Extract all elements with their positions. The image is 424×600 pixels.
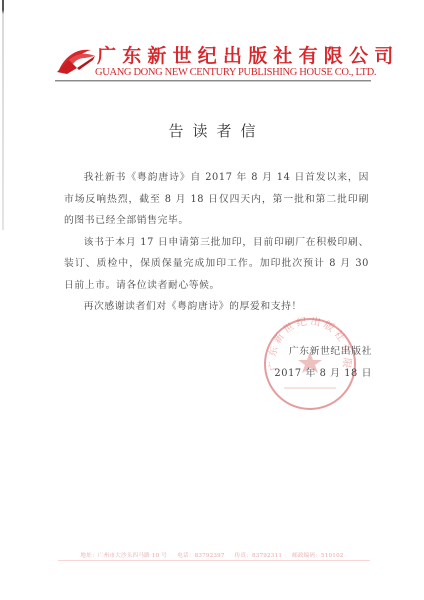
letterhead: 广东新世纪出版社有限公司 GUANG DONG NEW CENTURY PUBL…	[0, 0, 424, 90]
signature-organization: 广东新世纪出版社	[262, 341, 372, 363]
footer-divider	[58, 560, 370, 561]
red-book-logo-icon	[55, 44, 97, 74]
footer-postcode: 邮政编码：510102	[292, 553, 344, 559]
footer-phone: 电话：83792397	[177, 553, 224, 559]
letter-title: 告读者信	[0, 120, 424, 141]
footer-address: 地址：广州市大沙头四马路 10 号	[80, 553, 167, 559]
letter-body: 我社新书《粤韵唐诗》自 2017 年 8 月 14 日首发以来，因市场反响热烈，…	[64, 167, 369, 318]
signature-block: 广东新世纪出版社 2017 年 8 月 18 日	[262, 341, 372, 385]
footer-contact: 地址：广州市大沙头四马路 10 号 电话：83792397 传真：8379231…	[0, 551, 424, 559]
paragraph-sold-out: 我社新书《粤韵唐诗》自 2017 年 8 月 14 日首发以来，因市场反响热烈，…	[64, 167, 369, 232]
paragraph-reprint: 该书于本月 17 日申请第三批加印，目前印刷厂在积极印刷、装订、质检中，保质保量…	[64, 232, 369, 297]
paragraph-thanks: 再次感谢读者们对《粤韵唐诗》的厚爱和支持！	[64, 296, 369, 318]
signature-date: 2017 年 8 月 18 日	[262, 363, 372, 385]
company-name-en: GUANG DONG NEW CENTURY PUBLISHING HOUSE …	[95, 67, 376, 78]
footer-fax: 传真：83792311	[235, 553, 282, 559]
company-name-cn: 广东新世纪出版社有限公司	[97, 41, 399, 68]
letterhead-divider	[55, 80, 371, 81]
